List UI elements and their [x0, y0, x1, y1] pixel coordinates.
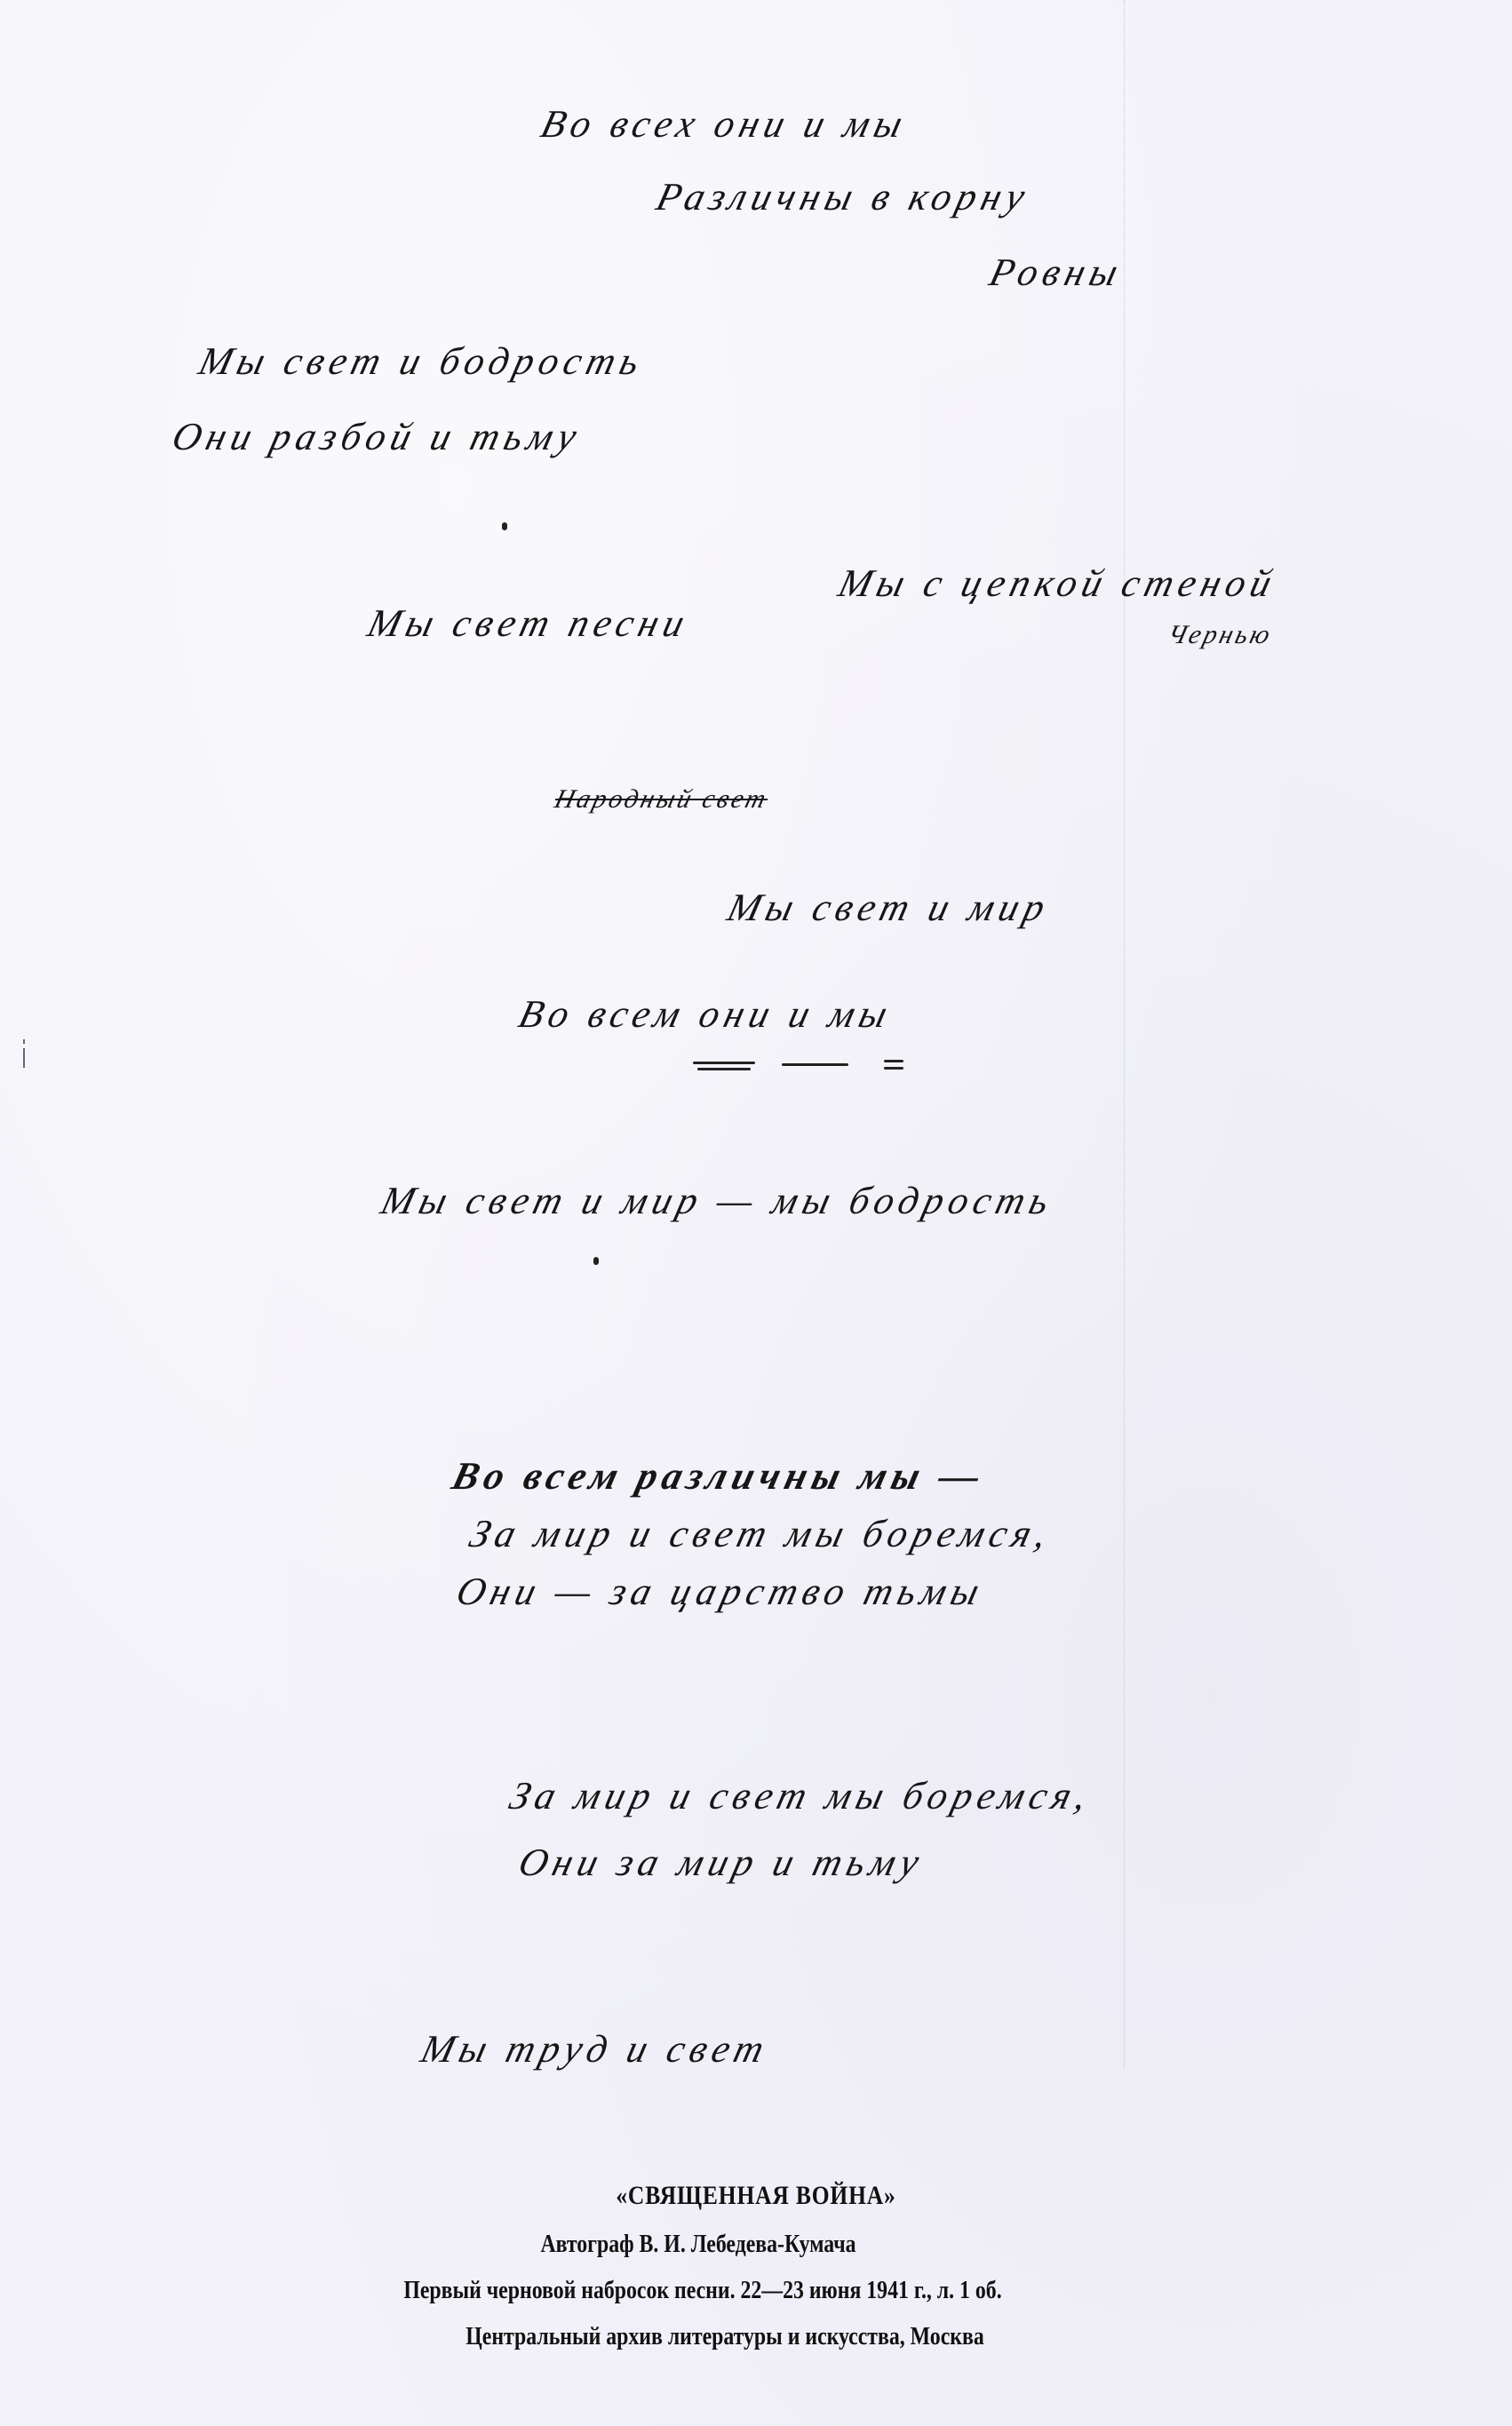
edge-mark [23, 1039, 25, 1044]
handwritten-line: Чернью [1165, 622, 1275, 648]
struck-handwritten-line: Народный свет [552, 786, 771, 813]
handwritten-line: Мы с цепкой стеной [835, 564, 1281, 603]
handwritten-line: Ровны [986, 253, 1127, 292]
handwritten-line: Они — за царство тьмы [453, 1572, 989, 1611]
handwritten-line: За мир и свет мы боремся, [466, 1515, 1056, 1554]
caption-description: Первый черновой набросок песни. 22—23 ию… [15, 2277, 1391, 2305]
fold-line [1124, 0, 1125, 2070]
handwritten-line: Мы свет и мир [724, 888, 1054, 927]
ink-dot [502, 522, 507, 530]
handwritten-line: Они за мир и тьму [515, 1843, 928, 1882]
handwritten-line: Мы свет и мир — мы бодрость [378, 1181, 1058, 1221]
manuscript-page: Во всех они и мы Различны в корну Ровны … [0, 0, 1512, 2426]
caption-author: Автограф В. И. Лебедева-Кумача [6, 2231, 1389, 2259]
caption-archive: Центральный архив литературы и искусства… [56, 2323, 1394, 2351]
underline-marks [693, 1060, 924, 1072]
ink-dot [593, 1257, 599, 1265]
handwritten-line: Различны в корну [653, 178, 1034, 217]
handwritten-line: Они разбой и тьму [169, 418, 586, 457]
handwritten-line: Мы свет песни [364, 604, 694, 643]
handwritten-line: Во всем они и мы [515, 995, 897, 1034]
handwritten-line: Во всем различны мы — [449, 1457, 990, 1496]
handwritten-line: Мы труд и свет [418, 2030, 774, 2069]
handwritten-line: Во всех они и мы [537, 105, 912, 144]
caption: «СВЯЩЕННАЯ ВОЙНА» Автограф В. И. Лебедев… [0, 2181, 1512, 2369]
edge-mark [23, 1048, 25, 1068]
caption-title: «СВЯЩЕННАЯ ВОЙНА» [114, 2181, 1399, 2211]
handwritten-line: За мир и свет мы боремся, [506, 1777, 1096, 1816]
handwritten-line: Мы свет и бодрость [195, 342, 649, 381]
